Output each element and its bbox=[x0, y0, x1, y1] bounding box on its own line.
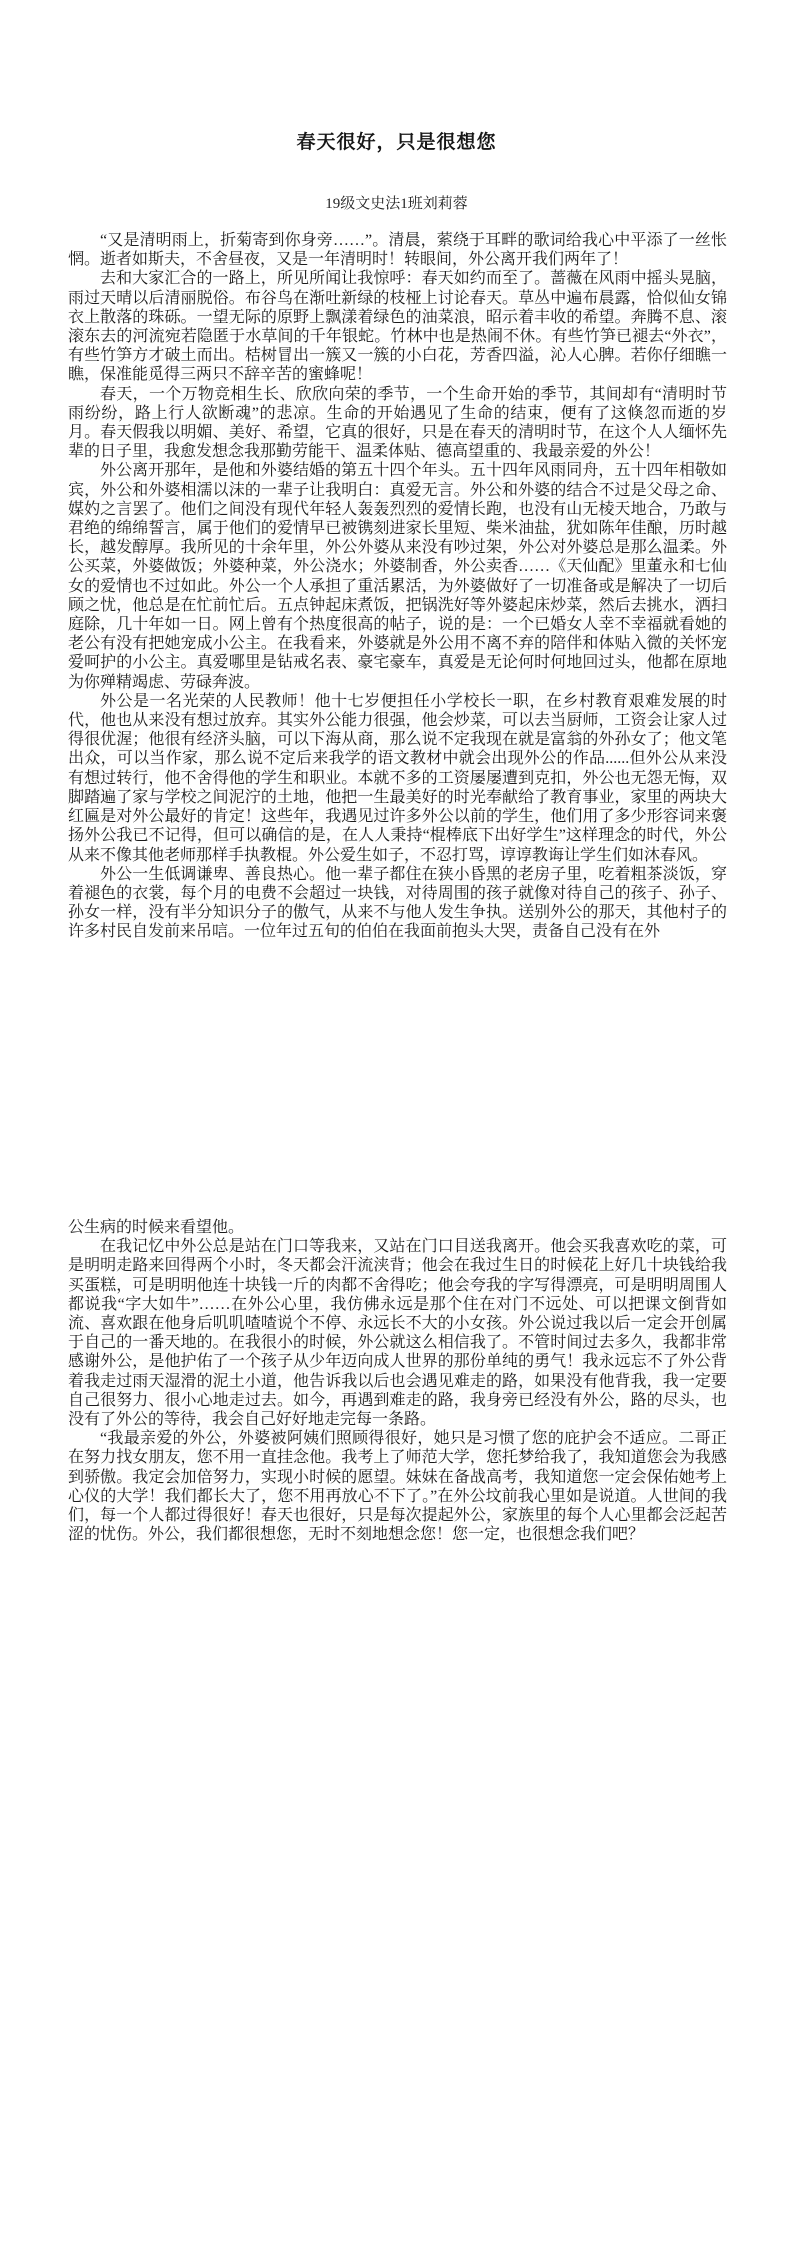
page1-body: “又是清明雨上，折菊寄到你身旁……”。清晨，萦绕于耳畔的歌词给我心中平添了一丝怅… bbox=[68, 231, 727, 942]
page2-body: 公生病的时候来看望他。 在我记忆中外公总是站在门口等我来，又站在门口目送我离开。… bbox=[68, 1218, 727, 1544]
document-page: 春天很好，只是很想您 19级文史法1班刘莉蓉 “又是清明雨上，折菊寄到你身旁……… bbox=[0, 0, 793, 2244]
essay-byline: 19级文史法1班刘莉蓉 bbox=[0, 192, 793, 213]
paragraph: 春天，一个万物竞相生长、欣欣向荣的季节，一个生命开始的季节，其间却有“清明时节雨… bbox=[68, 385, 727, 462]
paragraph: “又是清明雨上，折菊寄到你身旁……”。清晨，萦绕于耳畔的歌词给我心中平添了一丝怅… bbox=[68, 231, 727, 269]
paragraph: 在我记忆中外公总是站在门口等我来，又站在门口目送我离开。他会买我喜欢吃的菜，可是… bbox=[68, 1237, 727, 1429]
paragraph: 外公是一名光荣的人民教师！他十七岁便担任小学校长一职，在乡村教育艰难发展的时代，… bbox=[68, 692, 727, 865]
paragraph: 外公一生低调谦卑、善良热心。他一辈子都住在狭小昏黑的老房子里，吃着粗茶淡饭，穿着… bbox=[68, 865, 727, 942]
paragraph: 外公离开那年，是他和外婆结婚的第五十四个年头。五十四年风雨同舟，五十四年相敬如宾… bbox=[68, 461, 727, 691]
paragraph: “我最亲爱的外公，外婆被阿姨们照顾得很好，她只是习惯了您的庇护会不适应。二哥正在… bbox=[68, 1429, 727, 1544]
paragraph-continuation: 公生病的时候来看望他。 bbox=[68, 1218, 727, 1237]
paragraph: 去和大家汇合的一路上，所见所闻让我惊呼：春天如约而至了。蔷薇在风雨中摇头晃脑，雨… bbox=[68, 269, 727, 384]
essay-title: 春天很好，只是很想您 bbox=[0, 127, 793, 154]
